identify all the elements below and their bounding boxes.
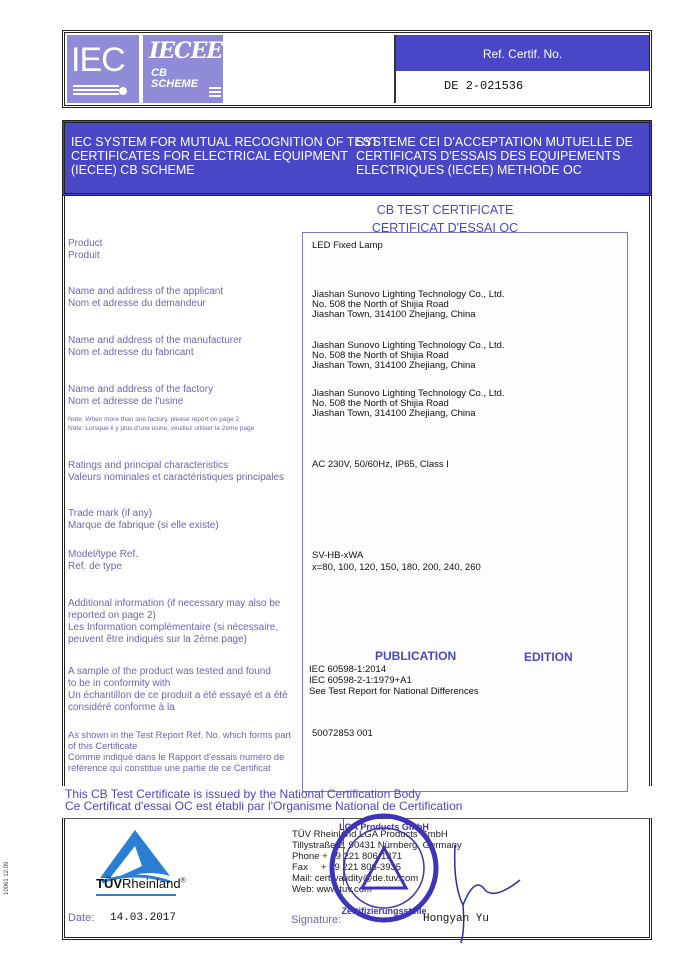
iec-logo: IEC bbox=[67, 35, 139, 103]
tuv-rheinland-logo-text: TÜVRheinland® bbox=[96, 876, 186, 891]
label-fr: Valeurs nominales et caractéristiques pr… bbox=[68, 472, 284, 484]
label-line: peuvent être indiqués sur la 2ème page) bbox=[68, 634, 280, 646]
ref-certificate-number-label: Ref. Certif. No. bbox=[396, 35, 649, 71]
scheme-title-english: IEC SYSTEM FOR MUTUAL RECOGNITION OF TES… bbox=[71, 135, 379, 177]
factory-note: Note: When more than one factory, please… bbox=[68, 415, 254, 433]
label-line: Un échantillon de ce produit a été essay… bbox=[68, 690, 288, 702]
scheme-title-en-line: (IECEE) CB SCHEME bbox=[71, 163, 379, 177]
scheme-title-fr-line: ELECTRIQUES (IECEE) METHODE OC bbox=[356, 163, 633, 177]
standard-line: See Test Report for National Differences bbox=[309, 686, 479, 697]
label-line: A sample of the product was tested and f… bbox=[68, 666, 288, 678]
label-line: considéré conforme à la bbox=[68, 702, 288, 714]
note-en: Note: When more than one factory, please… bbox=[68, 415, 254, 424]
iec-logo-dot-icon bbox=[119, 87, 127, 95]
label-en: Ratings and principal characteristics bbox=[68, 460, 284, 472]
logo-scheme-text: SCHEME bbox=[151, 79, 198, 90]
ratings-label: Ratings and principal characteristics Va… bbox=[68, 460, 284, 484]
label-fr: Marque de fabrique (si elle existe) bbox=[68, 520, 219, 532]
test-report-number: 50072853 001 bbox=[312, 729, 373, 739]
label-line: Additional information (if necessary may… bbox=[68, 598, 280, 610]
label-fr: Ref. de type bbox=[68, 561, 138, 573]
conformity-label: A sample of the product was tested and f… bbox=[68, 666, 288, 714]
scheme-title-fr-line: SYSTEME CEI D'ACCEPTATION MUTUELLE DE bbox=[356, 135, 633, 149]
date-value: 14.03.2017 bbox=[110, 912, 176, 924]
trademark-label: Trade mark (if any) Marque de fabrique (… bbox=[68, 508, 219, 532]
standard-line: IEC 60598-2-1:1979+A1 bbox=[309, 675, 479, 686]
label-fr: Produit bbox=[68, 250, 102, 262]
publication-column-header: PUBLICATION bbox=[375, 649, 456, 663]
label-fr: Nom et adresse du demandeur bbox=[68, 298, 223, 310]
iecee-logo-bars-icon bbox=[209, 87, 221, 99]
factory-value: Jiashan Sunovo Lighting Technology Co., … bbox=[312, 389, 505, 419]
iecee-cb-scheme-logo: IECEE CB SCHEME bbox=[143, 35, 223, 103]
handwritten-signature bbox=[435, 835, 525, 945]
label-en: Product bbox=[68, 238, 102, 250]
manufacturer-label: Name and address of the manufacturer Nom… bbox=[68, 335, 242, 359]
form-code: 10061 12.09 bbox=[4, 862, 10, 895]
address-line: Jiashan Town, 314100 Zhejiang, China bbox=[312, 409, 505, 419]
iecee-logo-text: IECEE bbox=[149, 38, 222, 64]
applicant-value: Jiashan Sunovo Lighting Technology Co., … bbox=[312, 290, 505, 320]
model-line: x=80, 100, 120, 150, 180, 200, 240, 260 bbox=[312, 562, 481, 574]
ref-certificate-number-box: Ref. Certif. No. DE 2-021536 bbox=[394, 35, 649, 103]
label-line: Les Information complémentaire (si néces… bbox=[68, 622, 280, 634]
product-value: LED Fixed Lamp bbox=[312, 241, 383, 251]
standard-line: IEC 60598-1:2014 bbox=[309, 664, 479, 675]
label-fr: Nom et adresse du fabricant bbox=[68, 347, 242, 359]
certificate-header: IEC IECEE CB SCHEME Ref. Certif. No. DE … bbox=[62, 30, 652, 108]
iec-logo-text: IEC bbox=[71, 41, 125, 80]
label-line: reported on page 2) bbox=[68, 610, 280, 622]
manufacturer-value: Jiashan Sunovo Lighting Technology Co., … bbox=[312, 341, 505, 371]
cb-scheme-logo-text: CB SCHEME bbox=[151, 68, 198, 90]
model-line: SV-HB-xWA bbox=[312, 550, 481, 562]
address-line: Jiashan Town, 314100 Zhejiang, China bbox=[312, 361, 505, 371]
ref-certificate-number-value: DE 2-021536 bbox=[396, 71, 649, 93]
label-line: référence qui constitue une partie de ce… bbox=[68, 763, 291, 774]
edition-column-header: EDITION bbox=[524, 650, 573, 664]
label-line: Comme indiqué dans le Rapport d'essais n… bbox=[68, 752, 291, 763]
standards-list: IEC 60598-1:2014 IEC 60598-2-1:1979+A1 S… bbox=[309, 664, 479, 697]
ratings-value: AC 230V, 50/60Hz, IP65, Class I bbox=[312, 460, 449, 470]
test-report-label: As shown in the Test Report Ref. No. whi… bbox=[68, 730, 291, 774]
label-en: Name and address of the applicant bbox=[68, 286, 223, 298]
certificate-title-en: CB TEST CERTIFICATE bbox=[300, 203, 590, 217]
tuv-logo-regular: Rheinland bbox=[122, 876, 181, 891]
signature-name: Hongyan Yu bbox=[423, 913, 489, 925]
svg-text:Zertifizierungsstelle: Zertifizierungsstelle bbox=[341, 906, 426, 916]
scheme-title-band: IEC SYSTEM FOR MUTUAL RECOGNITION OF TES… bbox=[62, 120, 652, 196]
additional-info-label: Additional information (if necessary may… bbox=[68, 598, 280, 646]
product-label: Product Produit bbox=[68, 238, 102, 262]
scheme-title-en-line: IEC SYSTEM FOR MUTUAL RECOGNITION OF TES… bbox=[71, 135, 379, 149]
iec-logo-lines-icon bbox=[73, 85, 119, 95]
label-line: to be in conformity with bbox=[68, 678, 288, 690]
address-line: Jiashan Town, 314100 Zhejiang, China bbox=[312, 310, 505, 320]
certification-stamp-icon: LGA Products GmbH Zertifizierungsstelle bbox=[324, 808, 444, 928]
applicant-label: Name and address of the applicant Nom et… bbox=[68, 286, 223, 310]
tuv-logo-bold: TÜV bbox=[96, 876, 122, 891]
label-en: Model/type Ref. bbox=[68, 549, 138, 561]
signature-label: Signature: bbox=[291, 914, 341, 926]
model-label: Model/type Ref. Ref. de type bbox=[68, 549, 138, 573]
label-line: As shown in the Test Report Ref. No. whi… bbox=[68, 730, 291, 741]
label-en: Trade mark (if any) bbox=[68, 508, 219, 520]
note-fr: Note: Lorsque il y plus d'une usine, veu… bbox=[68, 424, 254, 433]
label-line: of this Certificate bbox=[68, 741, 291, 752]
label-en: Name and address of the factory bbox=[68, 384, 213, 396]
factory-label: Name and address of the factory Nom et a… bbox=[68, 384, 213, 408]
scheme-title-french: SYSTEME CEI D'ACCEPTATION MUTUELLE DE CE… bbox=[356, 135, 633, 177]
tuv-logo-underline bbox=[96, 894, 176, 896]
scheme-title-en-line: CERTIFICATES FOR ELECTRICAL EQUIPMENT bbox=[71, 149, 379, 163]
label-en: Name and address of the manufacturer bbox=[68, 335, 242, 347]
label-fr: Nom et adresse de l'usine bbox=[68, 396, 213, 408]
svg-text:LGA Products GmbH: LGA Products GmbH bbox=[339, 822, 429, 832]
date-label: Date: bbox=[68, 912, 94, 924]
scheme-title-fr-line: CERTIFICATS D'ESSAIS DES EQUIPEMENTS bbox=[356, 149, 633, 163]
model-value: SV-HB-xWA x=80, 100, 120, 150, 180, 200,… bbox=[312, 550, 481, 574]
